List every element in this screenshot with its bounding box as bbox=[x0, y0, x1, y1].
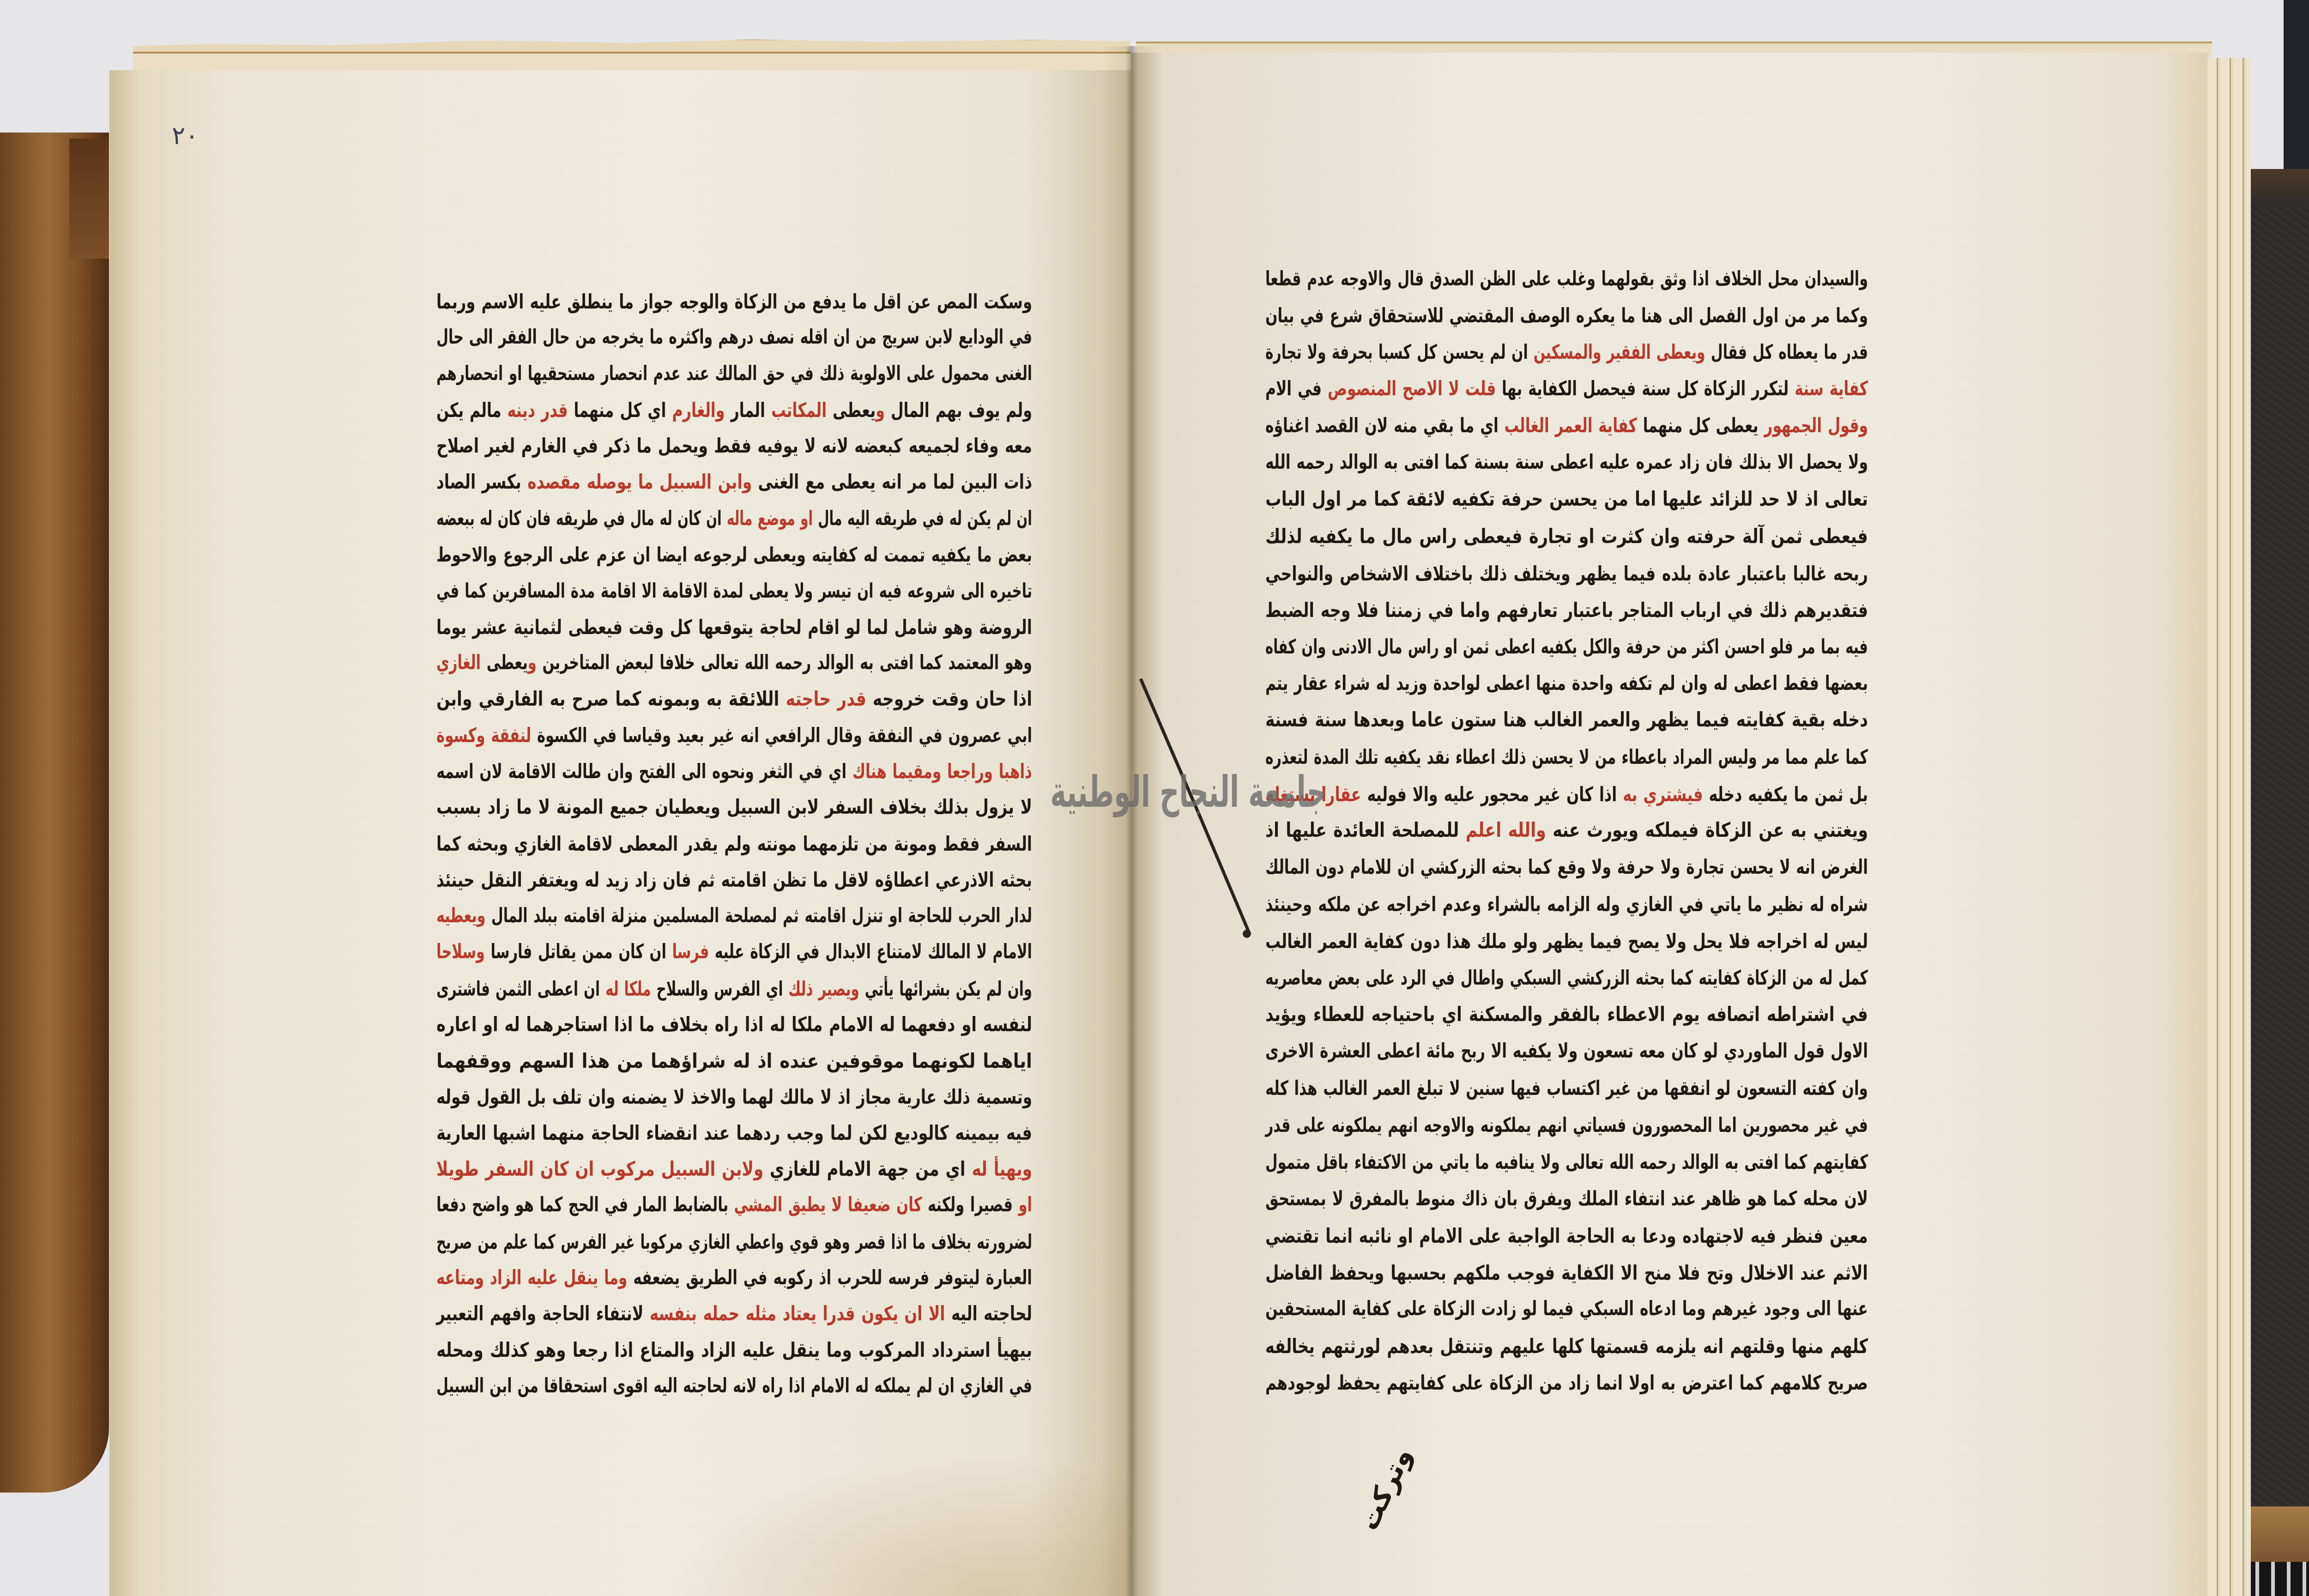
text-segment: لضرورته بخلاف ما اذا قصر وهو قوي واعطي ا… bbox=[436, 1230, 1032, 1253]
text-segment: اي في الثغر ونحوه الى الفتح وان طالت الا… bbox=[436, 760, 852, 783]
text-segment: الغنى محمول على الاولوية ذلك في حق المال… bbox=[436, 362, 1032, 385]
text-segment: ان كان ممن يقاتل فارسا bbox=[485, 941, 672, 964]
text-segment: لا يزول بذلك بخلاف السفر لابن السبيل ويع… bbox=[436, 796, 1032, 819]
text-segment: ولم يوف بهم المال bbox=[885, 398, 1032, 422]
text-segment: والسيدان محل الخلاف اذا وثق بقولهما وغلب… bbox=[1265, 267, 1868, 290]
text-segment: في الودايع لابن سريج من ان اقله نصف درهم… bbox=[436, 326, 1032, 349]
text-segment: عنها الى وجود غيرهم وما ادعاه السبكي فيم… bbox=[1265, 1298, 1868, 1320]
rubric-segment: وقول الجمهور bbox=[1764, 415, 1868, 437]
rubric-segment: او موضع ماله bbox=[727, 507, 813, 530]
rubric-segment: فرسا bbox=[672, 941, 709, 964]
text-segment: لان محله كما هو ظاهر عند انتفاء الملك وي… bbox=[1265, 1187, 1868, 1210]
rubric-segment: كان ضعيفا لا يطيق المشي bbox=[734, 1194, 922, 1216]
rubric-segment: وسلاحا bbox=[436, 941, 485, 964]
left-page-text-block: وسكت المص عن اقل ما يدفع من الزكاة والوج… bbox=[436, 284, 1032, 1404]
text-segment: في اشتراطه اتصافه يوم الاعطاء بالفقر وال… bbox=[1265, 1004, 1868, 1027]
text-segment: ان اعطى الثمن فاشترى bbox=[436, 977, 605, 1000]
text-segment: اي ما بقي منه لان القصد اغناؤه bbox=[1265, 415, 1505, 437]
text-segment: بيهيأ استرداد المركوب وما ينقل عليه الزا… bbox=[436, 1338, 1032, 1361]
text-segment: صريح كلامهم كما اعترض به اولا انما زاد م… bbox=[1265, 1371, 1868, 1394]
text-segment: ان كان له مال في طريقه فان كان له ببعضه bbox=[436, 507, 727, 530]
text-segment: بحثه الاذرعي اعطاؤه لاقل ما تظن اقامته ث… bbox=[436, 869, 1032, 892]
text-segment: لحاجته اليه bbox=[945, 1302, 1032, 1325]
rubric-segment: فيشتري به bbox=[1623, 782, 1703, 806]
text-segment: تاخيره الى شروعه فيه ان تيسر ولا يعطى لم… bbox=[436, 579, 1032, 602]
rubric-segment: قدر دينه bbox=[508, 398, 568, 422]
text-segment: الروضة وهو شامل لما لو اقام لحاجة يتوقعه… bbox=[436, 615, 1032, 638]
text-segment: مالم يكن bbox=[436, 398, 508, 422]
rubric-segment: ويعطيه bbox=[436, 904, 485, 927]
right-page-edge-stack bbox=[2207, 58, 2251, 1596]
text-segment: لتكرر الزكاة كل سنة فيحصل الكفاية بها bbox=[1496, 378, 1795, 401]
text-segment: اللائقة به وبمونه كما صرح به الفارقي واب… bbox=[436, 688, 786, 711]
text-segment: ابي عصرون في النفقة وقال الرافعي انه غير… bbox=[531, 724, 1032, 747]
rubric-segment: كفاية سنة bbox=[1795, 378, 1868, 401]
text-segment: وان كفته التسعون لو انفقها من غير اكتساب… bbox=[1265, 1077, 1868, 1100]
text-segment: قدر ما يعطاه كل فقال bbox=[1705, 341, 1868, 364]
rubric-segment: قلت لا الاصح المنصوص bbox=[1328, 378, 1496, 401]
text-segment: شراه له نظير ما ياتي في الغازي وله الزام… bbox=[1265, 893, 1868, 916]
text-segment: الاثم عند الاخلال وتح فلا منح الا الكفاي… bbox=[1265, 1261, 1868, 1284]
text-segment: فيعطى ثمن آلة حرفته وان كثرت او تجارة في… bbox=[1265, 525, 1868, 548]
water-stain bbox=[670, 1455, 1131, 1596]
text-segment: ذات البين لما مر انه يعطى مع الغنى bbox=[752, 470, 1032, 494]
text-segment: فيه بما مر فلو احسن اكثر من حرفة والكل ي… bbox=[1265, 635, 1868, 658]
text-segment: السفر فقط ومونة من تلزمهما مونته ولم يقد… bbox=[436, 832, 1032, 855]
text-segment: لدار الحرب للحاجة او تنزل اقامته ثم لمصل… bbox=[485, 904, 1032, 927]
manuscript-line: في الغازي ان لم يملكه له الامام اذا راه … bbox=[436, 1360, 1032, 1413]
rubric-segment: ذاهبا وراجعا ومقيما هناك bbox=[852, 760, 1032, 783]
text-segment: ويغتني به عن الزكاة فيملكه ويورث عنه bbox=[1546, 819, 1868, 842]
text-segment: الامام لا المالك لامتناع الابدال في الزك… bbox=[709, 941, 1032, 964]
rubric-segment: والله اعلم bbox=[1466, 819, 1546, 842]
text-segment: وتسمية ذلك عارية مجاز اذ لا مالك لهما وا… bbox=[436, 1085, 1032, 1108]
rubric-segment: ويهيأ له bbox=[972, 1158, 1032, 1181]
text-segment: بكسر الصاد bbox=[436, 470, 527, 494]
text-segment: فتقديرهم ذلك في ارباب المتاجر باعتبار تع… bbox=[1265, 598, 1868, 622]
text-segment: الغرض انه لا يحسن تجارة ولا حرفة ولا وقع… bbox=[1265, 856, 1868, 879]
text-segment: في غير محصورين اما المحصورون فسياتي انهم… bbox=[1265, 1114, 1868, 1137]
leather-cover-flap bbox=[69, 139, 109, 259]
text-segment: معه وفاء لجميعه كبعضه لانه لا يوفيه فقط … bbox=[436, 434, 1032, 458]
text-segment: يعطى bbox=[827, 398, 876, 422]
rubric-segment: ويصير ذلك bbox=[788, 977, 859, 1000]
rubric-segment: ويعطى الفقير والمسكين bbox=[1534, 341, 1705, 364]
library-watermark: جامعة النجاح الوطنية bbox=[1047, 737, 1329, 847]
text-segment: اي الفرس والسلاح bbox=[651, 977, 789, 1000]
text-segment: وسكت المص عن اقل ما يدفع من الزكاة والوج… bbox=[436, 290, 1032, 314]
text-segment: كمل له من الزكاة كفايته كما بحثه الزركشي… bbox=[1265, 967, 1868, 990]
rubric-segment: وابن السبيل ما يوصله مقصده bbox=[527, 470, 752, 494]
text-segment: بعض ما يكفيه تممت له كفايته ويعطى لرجوعه… bbox=[436, 543, 1032, 566]
rubric-segment: و bbox=[528, 651, 537, 674]
text-segment: الاول قول الماوردي لو كان معه تسعون ولا … bbox=[1265, 1040, 1868, 1063]
rubric-segment: الغازي bbox=[436, 651, 481, 674]
rubric-segment: ملكا له bbox=[605, 977, 651, 1000]
rubric-segment: الا ان يكون قدرا يعتاد مثله حمله بنفسه bbox=[650, 1302, 945, 1325]
text-segment: ان لم يحسن كل كسبا بحرفة ولا تجارة bbox=[1265, 341, 1534, 364]
rubric-segment: او bbox=[1018, 1194, 1032, 1216]
right-page-text-block: والسيدان محل الخلاف اذا وثق بقولهما وغلب… bbox=[1265, 261, 1868, 1402]
text-segment: وهو المعتمد كما افتى به الوالد رحمه الله… bbox=[537, 651, 1032, 674]
text-segment: بل ثمن ما يكفيه دخله bbox=[1703, 782, 1868, 806]
text-segment: في الغازي ان لم يملكه له الامام اذا راه … bbox=[436, 1374, 1032, 1397]
support-bars bbox=[2243, 1562, 2309, 1596]
text-segment: اي كل منهما bbox=[568, 398, 672, 422]
rubric-segment: والغارم bbox=[672, 398, 725, 422]
text-segment: كما علم مما مر وليس المراد باعطاء من لا … bbox=[1265, 746, 1868, 769]
text-segment: بعضها فقط اعطى له وان لم تكفه واحدة منها… bbox=[1265, 672, 1868, 695]
text-segment: ولا يحصل الا بذلك فان زاد عمره عليه اعطى… bbox=[1265, 451, 1868, 474]
support-grid bbox=[2284, 0, 2309, 170]
text-segment: ربحه غالبا باعتبار عادة بلده فيما يظهر و… bbox=[1265, 562, 1868, 585]
text-segment: وكما مر من اول الفصل الى هنا ما يعكره ال… bbox=[1265, 304, 1868, 327]
text-segment: المار bbox=[725, 398, 771, 422]
text-segment: لنفسه او دفعهما له الامام ملكا له اذا را… bbox=[436, 1013, 1032, 1037]
rubric-segment: قدر حاجته bbox=[786, 688, 866, 711]
text-segment: قصيرا ولكنه bbox=[922, 1194, 1019, 1216]
leather-book-cover bbox=[0, 133, 109, 1493]
board-top-edge bbox=[2250, 169, 2309, 206]
text-segment: فيه بيمينه كالوديع لكن لما وجب ردهما عند… bbox=[436, 1121, 1032, 1144]
text-segment: في الام bbox=[1265, 378, 1328, 401]
text-segment: العبارة ليتوفر فرسه للحرب اذ ركوبه في ال… bbox=[627, 1266, 1032, 1289]
wooden-support bbox=[2243, 1506, 2309, 1562]
folio-number: ٢٠ bbox=[172, 121, 199, 150]
text-segment: معين فنظر فيه لاجتهاده ودعا به الحاجة ال… bbox=[1265, 1224, 1868, 1247]
text-segment: ليس له اخراجه فلا يحل ولا يصح فيما يظهر … bbox=[1265, 930, 1868, 953]
rubric-segment: ولابن السبيل مركوب ان كان السفر طويلا bbox=[436, 1158, 763, 1181]
text-segment: تعالى اذ لا حد للزائد عليها اما من يحسن … bbox=[1265, 488, 1868, 511]
left-page-top-edges bbox=[133, 38, 1130, 71]
text-segment: بالضابط المار في الحج كما هو واضح دفعا bbox=[436, 1194, 734, 1216]
text-segment: ان لم يكن له في طريقه اليه مال bbox=[813, 507, 1032, 530]
text-segment: يعطى كل منهما bbox=[1637, 415, 1764, 437]
text-segment: وان لم يكن بشرائها يأتي bbox=[859, 977, 1032, 1000]
text-segment: كفايتهم كما افتى به الوالد رحمه الله تعا… bbox=[1265, 1151, 1868, 1173]
rubric-segment: لنفقة وكسوة bbox=[436, 724, 531, 747]
text-segment: يعطى bbox=[481, 651, 528, 674]
text-segment: اي من جهة الامام للغازي bbox=[763, 1158, 972, 1181]
text-segment: اذا كان غير محجور عليه والا فوليه bbox=[1361, 782, 1623, 806]
text-segment: لانتفاء الحاجة وافهم التعبير bbox=[436, 1302, 650, 1325]
rubric-segment: وما ينقل عليه الزاد ومتاعه bbox=[436, 1266, 627, 1289]
dark-book-board bbox=[2250, 169, 2309, 1506]
rubric-segment: المكاتب bbox=[771, 398, 827, 422]
text-segment: اذا حان وقت خروجه bbox=[866, 688, 1032, 711]
manuscript-line: صريح كلامهم كما اعترض به اولا انما زاد م… bbox=[1265, 1359, 1868, 1408]
rubric-segment: كفاية العمر الغالب bbox=[1505, 415, 1637, 437]
text-segment: اياهما لكونهما موقوفين عنده اذ له شراؤهم… bbox=[436, 1049, 1032, 1072]
rubric-segment: و bbox=[876, 398, 885, 422]
text-segment: كلهم منها وقلتهم انه يلزمه قسمتها كلها ع… bbox=[1265, 1335, 1868, 1358]
text-segment: دخله بقية كفايته فيما يظهر والعمر الغالب… bbox=[1265, 709, 1868, 732]
